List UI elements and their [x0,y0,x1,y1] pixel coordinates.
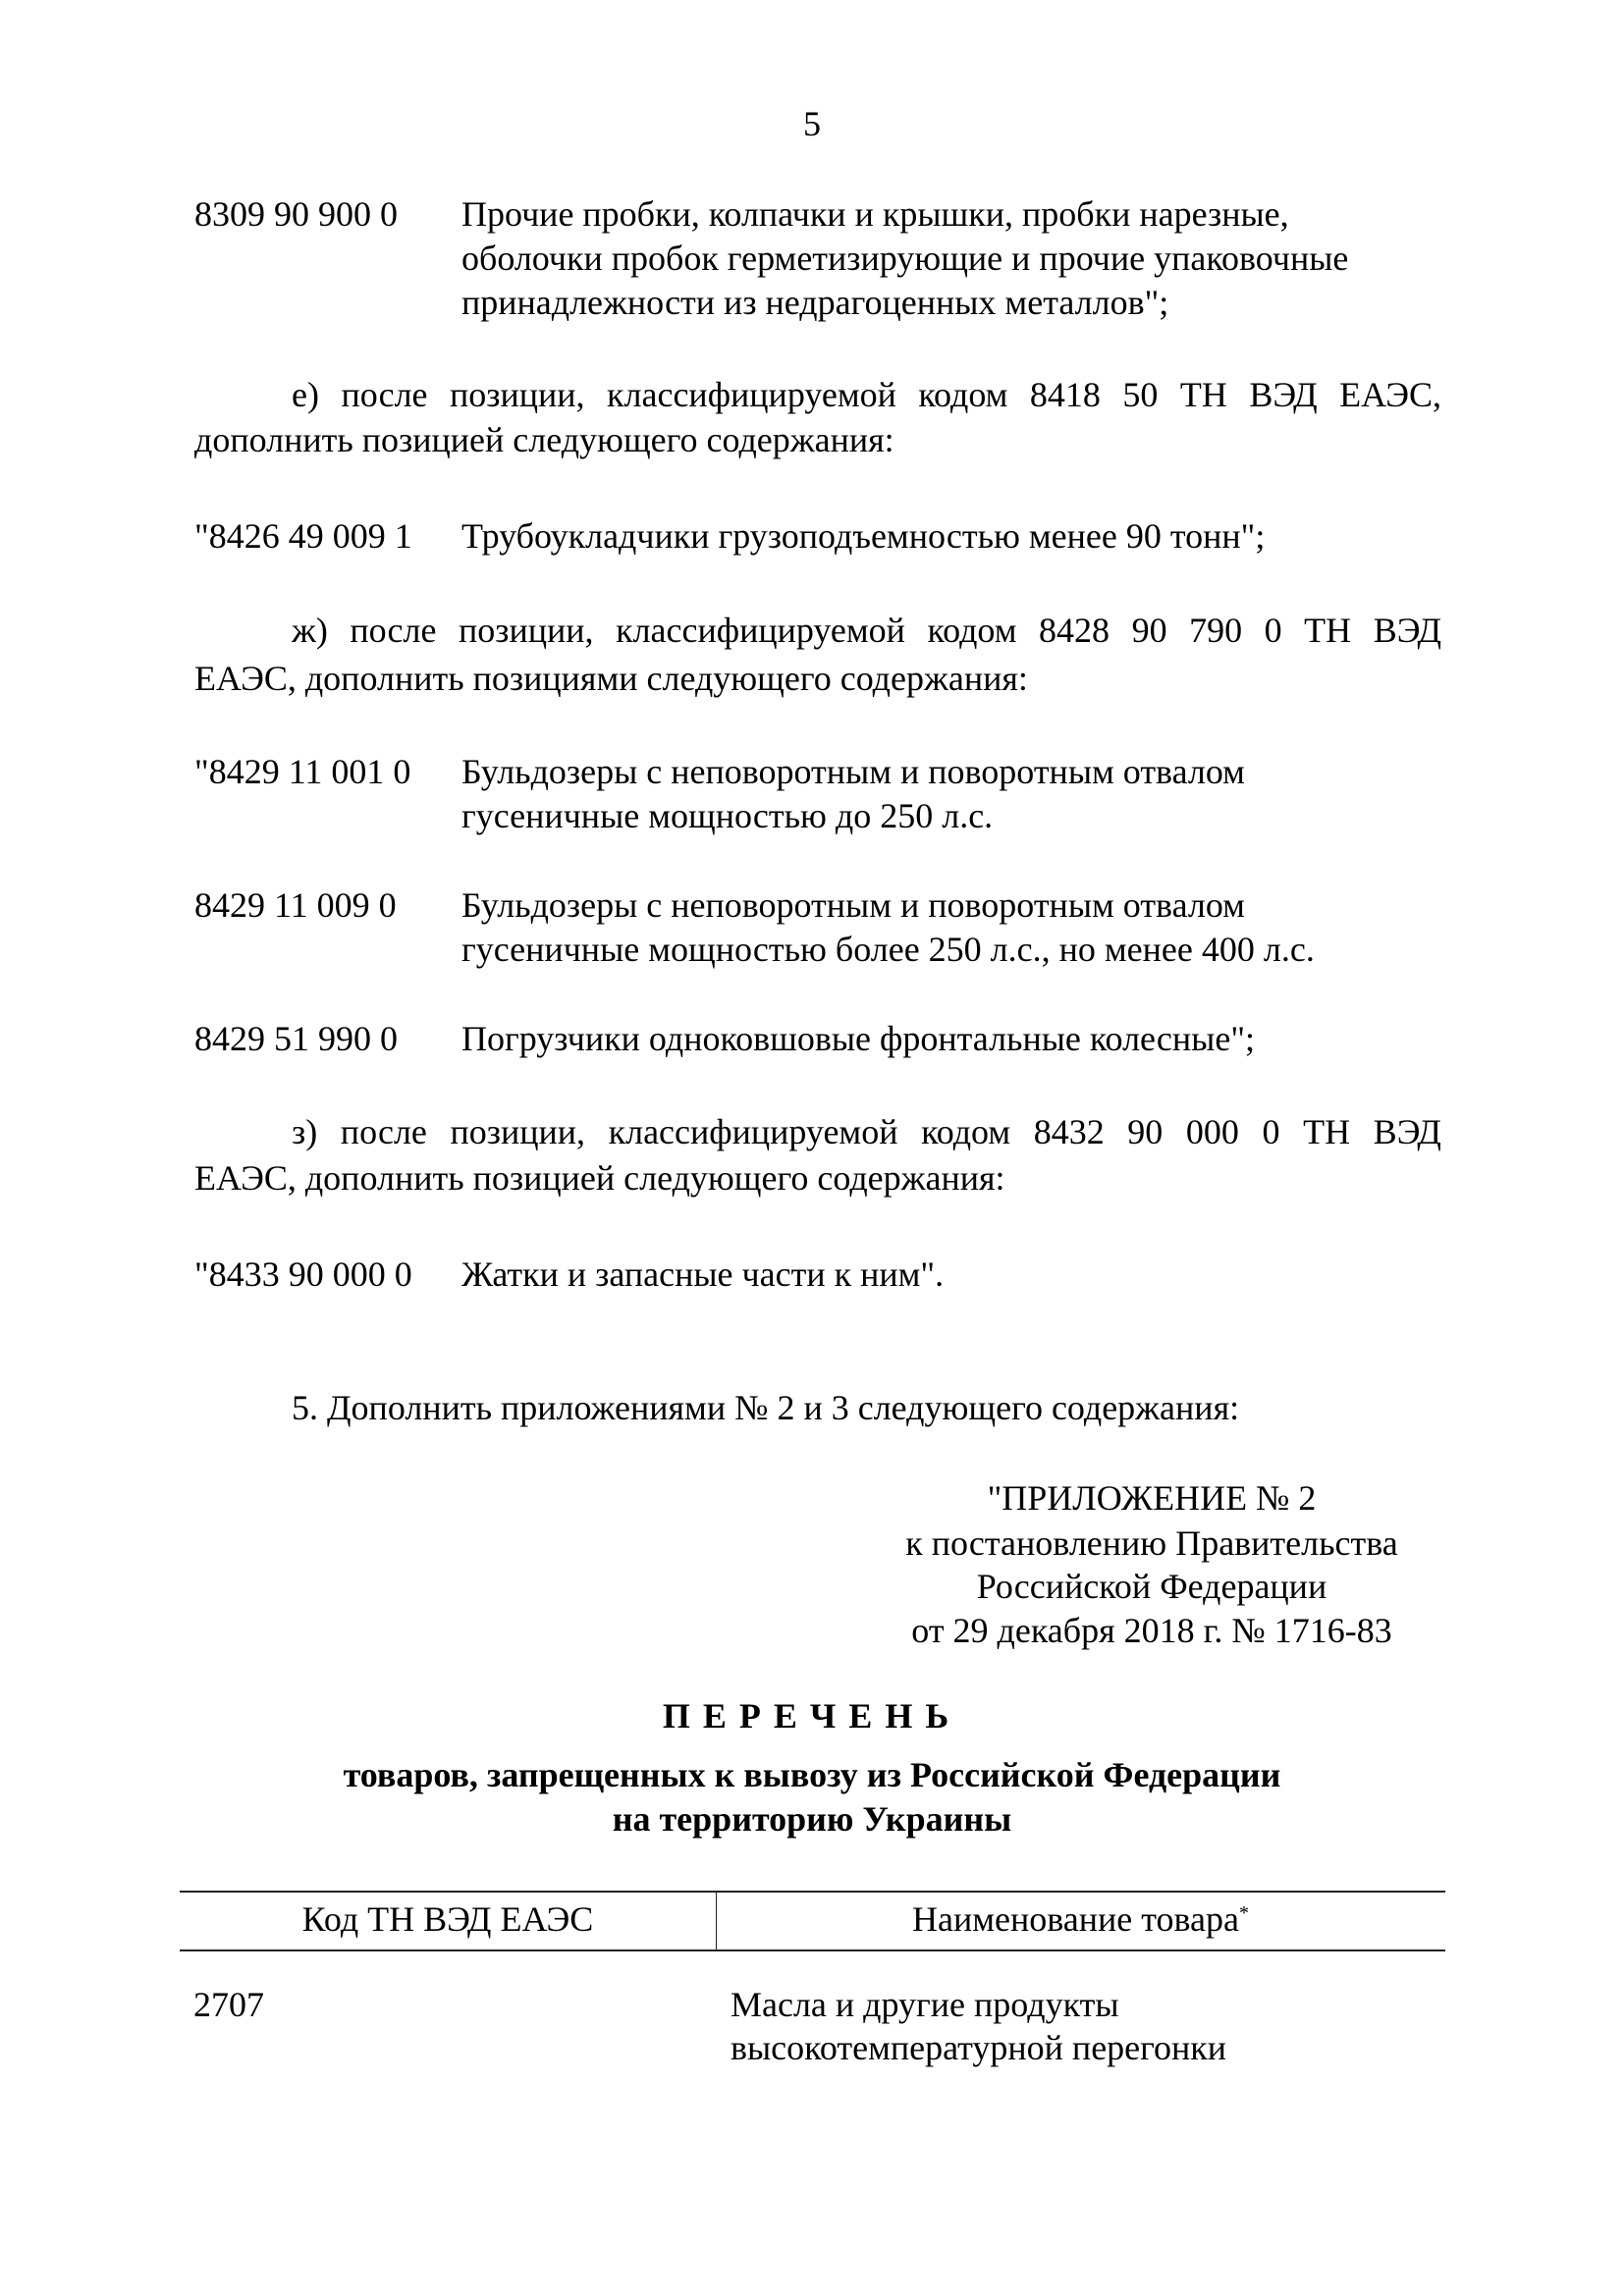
appendix-line: Российской Федерации [864,1569,1439,1604]
entry-description-line: Прочие пробки, колпачки и крышки, пробки… [461,196,1289,232]
paragraph-line: з) после позиции, классифицируемой кодом… [292,1114,1441,1149]
entry-code: "8426 49 009 1 [194,518,412,554]
entry-description-line: Бульдозеры с неповоротным и поворотным о… [461,754,1245,789]
entry-description-line: Бульдозеры с неповоротным и поворотным о… [461,887,1245,923]
entry-description-line: гусеничные мощностью до 250 л.с. [461,798,993,833]
table-header-name: Наименование товара* [716,1901,1445,1937]
entry-description-line: гусеничные мощностью более 250 л.с., но … [461,932,1315,967]
list-subtitle-line: товаров, запрещенных к вывозу из Российс… [0,1757,1624,1792]
entry-description-line: Жатки и запасные части к ним". [461,1256,944,1292]
paragraph-line: ЕАЭС, дополнить позицией следующего соде… [194,1160,1005,1196]
appendix-line: к постановлению Правительства [864,1525,1439,1561]
page-number: 5 [0,106,1624,141]
appendix-line: от 29 декабря 2018 г. № 1716-83 [864,1613,1439,1648]
entry-description-line: оболочки пробок герметизирующие и прочие… [461,240,1348,276]
entry-code: "8433 90 000 0 [194,1256,412,1292]
paragraph-item-5: 5. Дополнить приложениями № 2 и 3 следую… [292,1390,1239,1425]
entry-code: "8429 11 001 0 [194,754,410,789]
entry-description-line: Трубоукладчики грузоподъемностью менее 9… [461,518,1265,554]
table-header-code-label: Код ТН ВЭД ЕАЭС [302,1899,594,1939]
paragraph-line: е) после позиции, классифицируемой кодом… [292,377,1441,412]
appendix-title: "ПРИЛОЖЕНИЕ № 2 [864,1480,1439,1516]
entry-description-line: Погрузчики одноковшовые фронтальные коле… [461,1021,1255,1056]
paragraph-line: дополнить позицией следующего содержания… [194,422,894,457]
entry-code: 8429 51 990 0 [194,1021,398,1056]
paragraph-line: ЕАЭС, дополнить позициями следующего сод… [194,661,1028,696]
table-top-border [180,1891,1445,1893]
table-header-name-label: Наименование товара [912,1899,1239,1939]
list-title: ПЕРЕЧЕНЬ [0,1698,1624,1734]
footnote-mark: * [1239,1902,1249,1924]
entry-code: 8429 11 009 0 [194,887,397,923]
paragraph-line: ж) после позиции, классифицируемой кодом… [292,613,1441,648]
table-cell-name-line: высокотемпературной перегонки [731,2030,1226,2065]
entry-description-line: принадлежности из недрагоценных металлов… [461,285,1168,320]
entry-code: 8309 90 900 0 [194,196,398,232]
list-subtitle-line: на территорию Украины [0,1801,1624,1837]
table-cell-name-line: Масла и другие продукты [731,1987,1119,2022]
table-header-bottom-border [180,1949,1445,1951]
table-header-code: Код ТН ВЭД ЕАЭС [180,1901,716,1937]
table-cell-code: 2707 [193,1987,264,2022]
